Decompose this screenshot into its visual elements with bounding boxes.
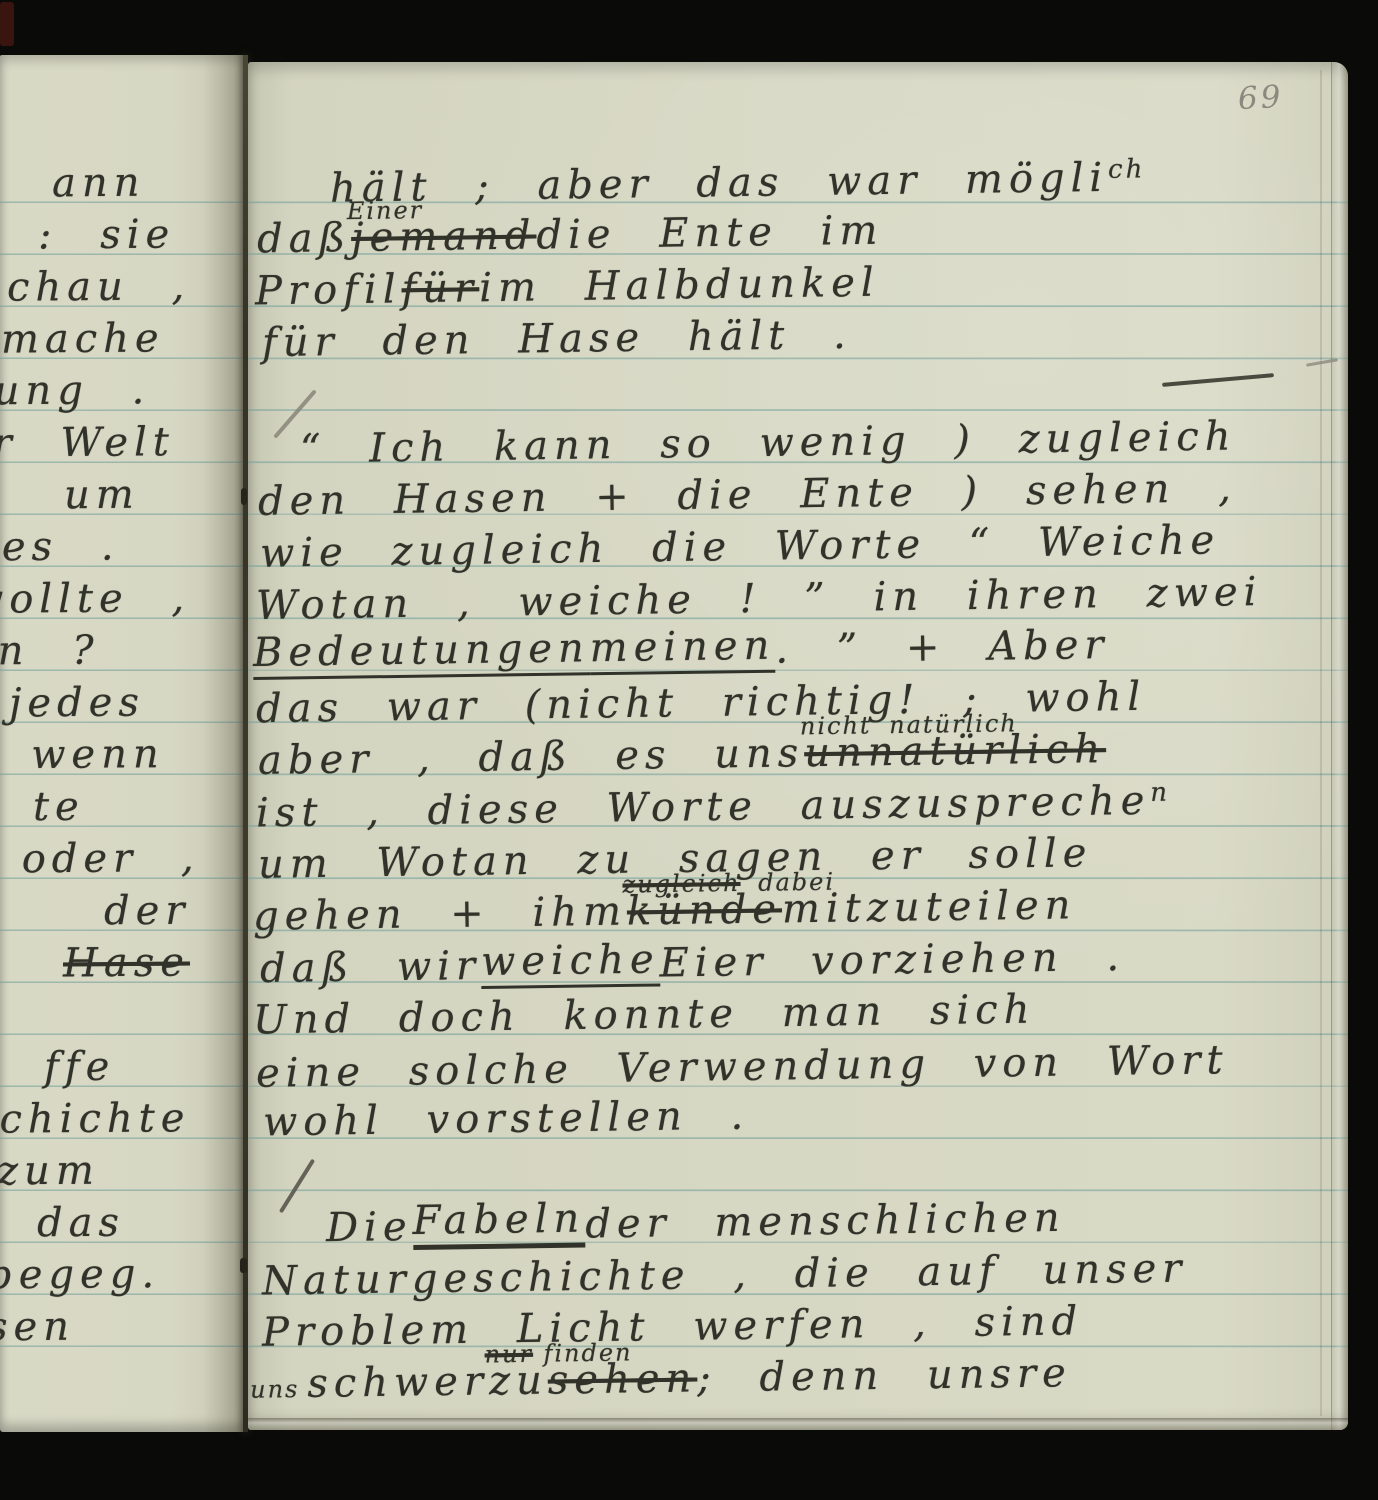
text-segment: le begeg. — [0, 1251, 160, 1299]
handwritten-line: unsschwer zunur sehenfinden ; denn unsre — [250, 1346, 1072, 1407]
red-binding-smudge — [0, 2, 14, 46]
handwritten-fragment: sen — [0, 1300, 75, 1351]
handwritten-line: Die Fabeln der menschlichen — [326, 1191, 1066, 1251]
handwritten-fragment: er Welt — [0, 415, 175, 466]
handwritten-fragment: en ? — [0, 624, 100, 675]
page-number: 69 — [1237, 79, 1284, 117]
handwritten-fragment: chau , — [7, 259, 191, 310]
text-segment: für den Hase hält . — [262, 312, 852, 366]
margin-insert: uns — [250, 1375, 300, 1404]
revision-group: zunur — [489, 1358, 548, 1405]
manuscript-photo: ann: siechau ,machehmung .er WeltumHes .… — [0, 0, 1378, 1500]
text-segment: im Halbdunkel — [479, 260, 880, 312]
text-segment: um — [64, 472, 140, 519]
right-page: 69 hält ; aber das war möglichdaß jemand… — [248, 62, 1348, 1430]
text-segment: sen — [0, 1304, 75, 1351]
text-segment: Und doch konnte man sich — [253, 987, 1036, 1044]
handwritten-line: Und doch konnte man sich — [253, 983, 1036, 1044]
text-segment: die Ente im — [536, 208, 884, 259]
text-segment: Hes . — [0, 523, 120, 570]
text-segment: ch — [1108, 154, 1146, 185]
revision-group: jemandEiner — [351, 212, 537, 261]
text-segment: gehen + ihm — [253, 889, 628, 940]
insertion-above: nur — [484, 1340, 533, 1369]
text-segment: Eier vorziehen . — [659, 934, 1125, 986]
text-segment: en ? — [0, 628, 100, 675]
text-segment: wohl vorstellen . — [263, 1093, 750, 1146]
inserted-word: zugleich — [622, 869, 740, 899]
handwritten-line: wohl vorstellen . — [263, 1089, 750, 1146]
handwritten-line: Problem Licht werfen , sind — [262, 1294, 1084, 1355]
handwritten-fragment: jedes — [9, 676, 145, 727]
handwritten-fragment: schichte — [0, 1091, 190, 1143]
handwritten-line: für den Hase hält . — [262, 308, 852, 366]
text-segment: Die — [326, 1204, 413, 1251]
text-segment: hält ; aber das war mögli — [330, 155, 1109, 212]
text-segment: hmung . — [0, 367, 150, 415]
insertion-above: nicht natürlich — [800, 709, 1018, 740]
text-segment: t , wenn — [0, 731, 165, 779]
binding-stitch-upper — [241, 488, 247, 505]
handwritten-fragment: um — [64, 468, 140, 519]
insertion-above: finden — [543, 1338, 632, 1367]
handwritten-fragment: : sie — [38, 208, 176, 259]
text-segment: Wotan , weiche ! ” in ihren zwei — [256, 569, 1263, 629]
handwritten-line: daß jemandEiner die Ente im — [257, 204, 884, 263]
handwritten-fragment: mache — [1, 311, 165, 362]
text-segment: Bedeutungen — [253, 625, 590, 680]
inserted-word: finden — [543, 1338, 632, 1367]
handwritten-fragment: — oder , — [0, 831, 200, 883]
handwritten-line: aber , daß es uns unnatürlichnicht natür… — [258, 722, 1107, 784]
handwritten-line: eine solche Verwendung von Wort — [256, 1033, 1229, 1097]
text-segment: schwer — [307, 1358, 489, 1407]
left-page-gutter-shadow — [203, 55, 245, 1432]
handwritten-fragment: ffe — [44, 1040, 116, 1090]
text-segment: chau , — [7, 263, 191, 310]
handwritten-line: hält ; aber das war möglich — [330, 150, 1146, 211]
text-segment: aber , daß es uns — [258, 730, 805, 784]
handwritten-fragment: le begeg. — [0, 1247, 160, 1299]
handwritten-fragment: hmung . — [0, 363, 150, 415]
stacked-page-edges-right — [1331, 62, 1348, 1430]
handwritten-fragment: der — [103, 884, 190, 935]
text-segment: weiche — [481, 936, 660, 988]
binding-stitch-lower — [240, 1258, 247, 1273]
deleted-word: Hase — [63, 940, 190, 987]
text-segment: mache — [1, 315, 165, 362]
insertion-above: Einer — [347, 196, 424, 225]
text-segment: n — [1150, 778, 1170, 808]
text-segment: der — [103, 888, 190, 935]
text-segment: ann — [51, 160, 145, 207]
revision-group: unnatürlichnicht natürlich — [804, 726, 1106, 776]
handwritten-fragment: wollte , — [0, 571, 190, 623]
deleted-word: für — [401, 265, 479, 312]
text-segment: zum — [0, 1148, 100, 1195]
text-segment: Profil — [255, 266, 402, 314]
revision-group: sehenfinden — [548, 1355, 698, 1403]
text-segment: — oder , — [0, 835, 200, 883]
revision-group: kündezugleich dabei — [627, 886, 783, 934]
inserted-word: Einer — [347, 196, 424, 225]
page-edge-crease — [1320, 70, 1322, 1416]
handwritten-line: Profil für im Halbdunkel — [255, 256, 880, 315]
text-segment: er Welt — [0, 419, 175, 466]
inserted-word: nicht natürlich — [800, 709, 1018, 740]
handwritten-fragment: Hes . — [0, 519, 120, 570]
left-page-edge: ann: siechau ,machehmung .er WeltumHes .… — [0, 55, 245, 1432]
handwritten-fragment: das — [37, 1196, 125, 1247]
text-segment: te — [33, 784, 85, 830]
handwritten-line: Bedeutungen meinen . ” + Aber — [253, 618, 1110, 680]
insertion-above: zugleich dabei — [622, 868, 835, 899]
handwritten-fragment: ann — [51, 156, 145, 207]
text-segment: schichte — [0, 1095, 190, 1143]
text-segment: daß — [257, 215, 352, 262]
stacked-page-edges-bottom — [248, 1418, 1348, 1430]
text-segment: meinen — [589, 623, 775, 676]
text-segment: . ” + Aber — [775, 622, 1110, 673]
inserted-word: dabei — [740, 868, 835, 897]
handwritten-fragment: zum — [0, 1144, 100, 1195]
handwritten-fragment: te — [33, 780, 85, 830]
text-segment: der menschlichen — [585, 1195, 1066, 1248]
handwritten-fragment: Hase — [63, 936, 190, 987]
text-segment: Fabeln — [412, 1196, 585, 1250]
inserted-word: nur — [484, 1340, 533, 1369]
text-segment: wollte , — [0, 575, 190, 623]
text-segment: daß wir — [260, 943, 482, 992]
handwritten-fragment: t , wenn — [0, 727, 165, 779]
text-segment: jedes — [9, 680, 145, 727]
text-segment: ; denn unsre — [697, 1350, 1072, 1401]
text-segment: ffe — [44, 1044, 116, 1090]
text-segment: : sie — [38, 212, 176, 259]
text-segment: das — [37, 1200, 125, 1247]
handwritten-line: gehen + ihm kündezugleich dabei mitzutei… — [253, 878, 1077, 939]
